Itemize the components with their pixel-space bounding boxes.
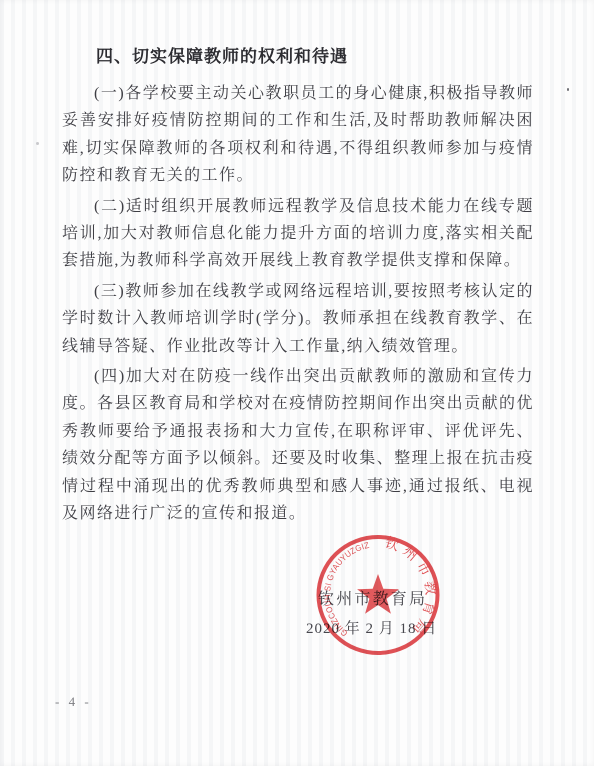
document-paragraph: (三)教师参加在线教学或网络远程培训,要按照考核认定的学时数计入教师培训学时(学… — [62, 278, 534, 360]
document-body: 四、切实保障教师的权利和待遇 (一)各学校要主动关心教职员工的身心健康,积极指导… — [62, 44, 534, 531]
official-seal: GINZCOUH SI GYAUYUZGIZ 钦州市教育局 — [313, 534, 443, 658]
document-paragraph: (一)各学校要主动关心教职员工的身心健康,积极指导教师妥善安排好疫情防控期间的工… — [62, 80, 534, 190]
document-paragraph: (四)加大对在防疫一线作出突出贡献教师的激励和宣传力度。各县区教育局和学校对在疫… — [62, 363, 534, 527]
scan-speck — [36, 142, 39, 145]
page-number: - 4 - — [55, 694, 92, 710]
scan-speck — [567, 88, 569, 91]
red-star-icon — [357, 574, 399, 614]
document-page: 四、切实保障教师的权利和待遇 (一)各学校要主动关心教职员工的身心健康,积极指导… — [0, 0, 594, 766]
document-paragraph: (二)适时组织开展教师远程教学及信息技术能力在线专题培训,加大对教师信息化能力提… — [62, 193, 534, 275]
section-heading: 四、切实保障教师的权利和待遇 — [62, 44, 534, 70]
paragraphs-container: (一)各学校要主动关心教职员工的身心健康,积极指导教师妥善安排好疫情防控期间的工… — [62, 80, 534, 528]
svg-text:钦州市教育局: 钦州市教育局 — [383, 534, 440, 641]
seal-chinese-text: 钦州市教育局 — [383, 534, 440, 641]
